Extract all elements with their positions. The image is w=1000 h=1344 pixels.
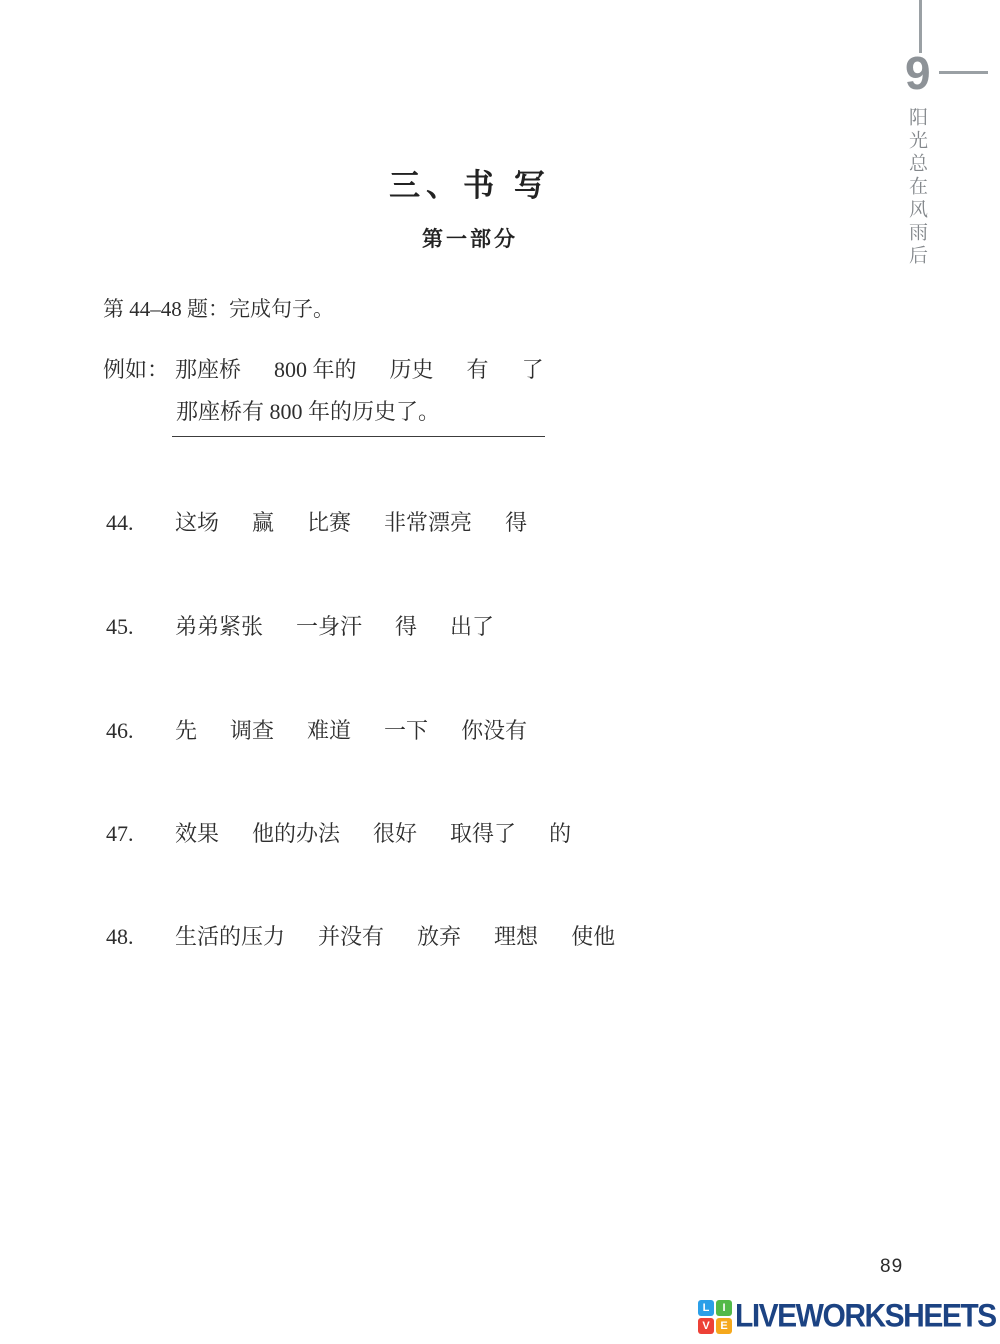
liveworksheets-icon: L I V E xyxy=(698,1300,732,1334)
question-number: 44. xyxy=(106,510,175,536)
section-title: 三、书 写 xyxy=(0,160,940,205)
word-token: 赢 xyxy=(252,506,274,537)
word-token: 非常漂亮 xyxy=(384,506,472,537)
logo-square-v: V xyxy=(698,1318,714,1334)
word-token: 有 xyxy=(467,353,489,384)
example-words: 那座桥 800 年的 历史 有 了 xyxy=(175,353,544,384)
word-token: 调查 xyxy=(230,714,274,745)
word-token: 那座桥 xyxy=(175,353,241,384)
question-number: 47. xyxy=(106,821,175,847)
word-token: 的 xyxy=(549,817,571,848)
chapter-rule-vertical xyxy=(919,0,922,53)
question-words: 生活的压力 并没有 放弃 理想 使他 xyxy=(175,920,615,951)
example-answer-line: 那座桥有 800 年的历史了。 xyxy=(172,395,545,437)
question-row-46: 46. 先 调查 难道 一下 你没有 xyxy=(106,714,527,745)
liveworksheets-wordmark: LIVEWORKSHEETS xyxy=(735,1299,996,1336)
example-row: 例如： 那座桥 800 年的 历史 有 了 xyxy=(103,353,544,384)
logo-square-l: L xyxy=(698,1300,714,1316)
word-token: 难道 xyxy=(307,714,351,745)
word-token: 并没有 xyxy=(318,920,384,951)
question-row-47: 47. 效果 他的办法 很好 取得了 的 xyxy=(106,817,571,848)
word-token: 取得了 xyxy=(450,817,516,848)
word-token: 生活的压力 xyxy=(175,920,285,951)
word-token: 得 xyxy=(505,506,527,537)
example-label: 例如： xyxy=(103,353,175,384)
part-title: 第一部分 xyxy=(0,223,940,253)
word-token: 得 xyxy=(395,610,417,641)
word-token: 弟弟紧张 xyxy=(175,610,263,641)
question-words: 效果 他的办法 很好 取得了 的 xyxy=(175,817,571,848)
word-token: 了 xyxy=(522,353,544,384)
worksheet-page: 9 阳光总在风雨后 三、书 写 第一部分 第 44–48 题：完成句子。 例如：… xyxy=(0,0,1000,1344)
word-token: 一下 xyxy=(384,714,428,745)
word-token: 历史 xyxy=(390,353,434,384)
page-number: 89 xyxy=(880,1256,903,1278)
question-number: 46. xyxy=(106,718,175,744)
question-words: 这场 赢 比赛 非常漂亮 得 xyxy=(175,506,527,537)
word-token: 一身汗 xyxy=(296,610,362,641)
question-words: 弟弟紧张 一身汗 得 出了 xyxy=(175,610,494,641)
word-token: 很好 xyxy=(373,817,417,848)
logo-square-e: E xyxy=(716,1318,732,1334)
question-words: 先 调查 难道 一下 你没有 xyxy=(175,714,527,745)
question-row-44: 44. 这场 赢 比赛 非常漂亮 得 xyxy=(106,506,527,537)
word-token: 出了 xyxy=(450,610,494,641)
question-number: 48. xyxy=(106,924,175,950)
word-token: 放弃 xyxy=(417,920,461,951)
word-token: 比赛 xyxy=(307,506,351,537)
word-token: 800 年的 xyxy=(274,353,357,384)
chapter-number: 9 xyxy=(905,50,931,96)
question-row-48: 48. 生活的压力 并没有 放弃 理想 使他 xyxy=(106,920,615,951)
question-number: 45. xyxy=(106,614,175,640)
word-token: 效果 xyxy=(175,817,219,848)
word-token: 使他 xyxy=(571,920,615,951)
question-row-45: 45. 弟弟紧张 一身汗 得 出了 xyxy=(106,610,494,641)
liveworksheets-logo[interactable]: L I V E LIVEWORKSHEETS xyxy=(698,1300,996,1334)
word-token: 他的办法 xyxy=(252,817,340,848)
word-token: 先 xyxy=(175,714,197,745)
word-token: 理想 xyxy=(494,920,538,951)
word-token: 你没有 xyxy=(461,714,527,745)
instructions-text: 第 44–48 题：完成句子。 xyxy=(103,293,334,323)
word-token: 这场 xyxy=(175,506,219,537)
logo-square-i: I xyxy=(716,1300,732,1316)
chapter-rule-horizontal xyxy=(939,71,988,74)
